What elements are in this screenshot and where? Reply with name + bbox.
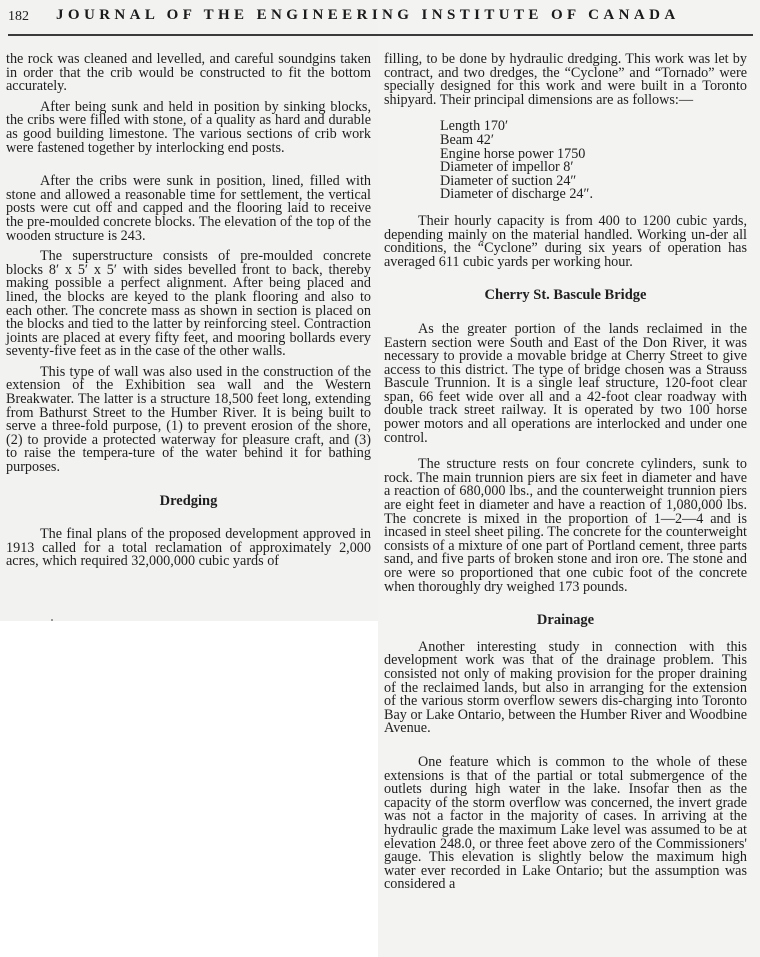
section-heading-drainage: Drainage xyxy=(384,614,747,628)
paragraph: The final plans of the proposed developm… xyxy=(6,528,371,569)
paragraph: filling, to be done by hydraulic dredgin… xyxy=(384,53,747,107)
journal-title: JOURNAL OF THE ENGINEERING INSTITUTE OF … xyxy=(56,7,680,24)
left-column: the rock was cleaned and levelled, and c… xyxy=(6,53,371,569)
paragraph: the rock was cleaned and levelled, and c… xyxy=(6,53,371,94)
page-number: 182 xyxy=(8,9,29,25)
paragraph: Their hourly capacity is from 400 to 120… xyxy=(384,215,747,269)
paragraph: As the greater portion of the lands recl… xyxy=(384,323,747,445)
dredge-dimensions-list: Length 170′ Beam 42′ Engine horse power … xyxy=(384,120,747,202)
section-heading-bridge: Cherry St. Bascule Bridge xyxy=(384,289,747,303)
paragraph: After the cribs were sunk in position, l… xyxy=(6,175,371,243)
paragraph: After being sunk and held in position by… xyxy=(6,101,371,155)
paragraph: Another interesting study in connection … xyxy=(384,641,747,736)
right-column: filling, to be done by hydraulic dredgin… xyxy=(384,53,747,892)
running-header: 182 JOURNAL OF THE ENGINEERING INSTITUTE… xyxy=(8,6,753,36)
scan-speck xyxy=(51,619,53,621)
paragraph: The structure rests on four concrete cyl… xyxy=(384,458,747,594)
paragraph: The superstructure consists of pre-mould… xyxy=(6,250,371,359)
paragraph: This type of wall was also used in the c… xyxy=(6,366,371,475)
paragraph: One feature which is common to the whole… xyxy=(384,756,747,892)
dimension-item: Diameter of discharge 24″. xyxy=(440,188,747,202)
section-heading-dredging: Dredging xyxy=(6,495,371,509)
